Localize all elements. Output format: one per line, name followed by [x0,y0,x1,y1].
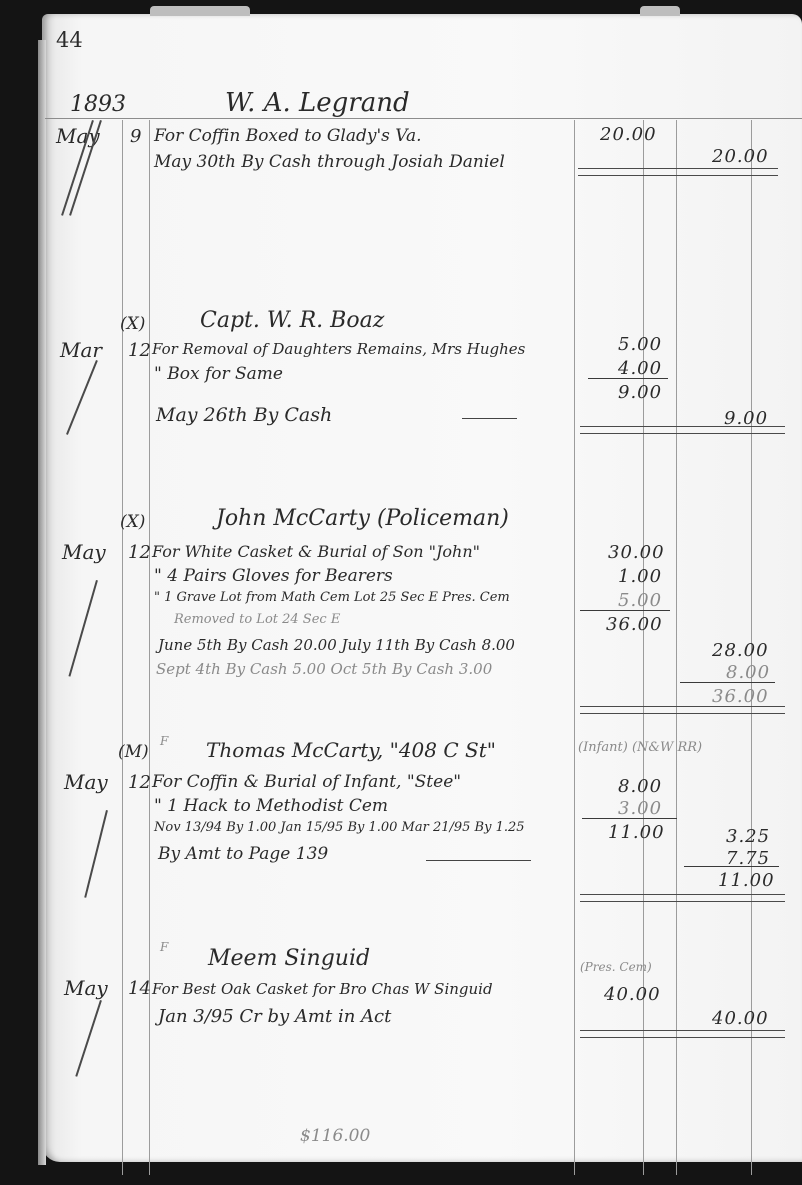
entry-month: May [62,540,106,564]
entry-line: June 5th By Cash 20.00 July 11th By Cash… [158,636,515,654]
debit-amount: 5.00 [618,334,662,355]
check-mark: F [160,940,168,954]
debit-amount: 40.00 [604,984,661,1005]
rule-debit-credit [676,120,677,1175]
entry-line: Jan 3/95 Cr by Amt in Act [158,1006,391,1027]
entry-line: Nov 13/94 By 1.00 Jan 15/95 By 1.00 Mar … [154,820,525,835]
closing-double-rule [578,168,778,176]
page-number: 44 [56,28,83,52]
entry-day: 12 [128,542,151,563]
fill-dash [426,860,531,861]
entry-line: " 1 Hack to Methodist Cem [154,796,388,816]
sum-line [580,610,670,611]
entry-line: For Coffin & Burial of Infant, "Stee" [152,772,461,792]
entry-note: (Infant) (N&W RR) [578,740,702,755]
entry-day: 14 [128,978,151,999]
debit-total: 36.00 [606,614,663,635]
sum-line [680,682,775,683]
debit-total: 11.00 [608,822,665,843]
entry-day: 9 [130,126,141,147]
debit-amount: 20.00 [600,124,657,145]
account-name: Thomas McCarty, "408 C St" [206,738,496,762]
entry-month: May [64,976,108,1000]
debit-amount: 8.00 [618,776,662,797]
year: 1893 [70,92,126,117]
credit-amount: 40.00 [712,1008,769,1029]
entry-line: Sept 4th By Cash 5.00 Oct 5th By Cash 3.… [156,660,492,678]
check-mark: F [160,734,168,748]
sum-line [588,378,668,379]
rule-month-day [122,120,123,1175]
debit-amount: 5.00 [618,590,662,611]
entry-line: " 4 Pairs Gloves for Bearers [154,566,393,586]
entry-mark: (X) [120,512,145,532]
entry-month: May [64,770,108,794]
entry-line: For Best Oak Casket for Bro Chas W Singu… [152,980,493,998]
page-edge [38,40,46,1165]
closing-double-rule [580,426,785,434]
entry-line: " Box for Same [154,364,283,384]
page-tab [150,6,250,16]
debit-amount: 1.00 [618,566,662,587]
page-total: $116.00 [300,1126,370,1146]
rule-day-desc [149,120,150,1175]
credit-amount: 8.00 [726,662,770,683]
entry-mark: (X) [120,314,145,334]
rule-debit-cents [643,120,644,1175]
closing-double-rule [580,1030,785,1038]
entry-month: Mar [60,338,102,362]
account-name: Capt. W. R. Boaz [200,308,384,333]
entry-line: May 26th By Cash [156,404,332,426]
entry-mark: (M) [118,742,149,762]
sum-line [582,818,677,819]
debit-amount: 3.00 [618,798,662,819]
entry-note: Removed to Lot 24 Sec E [174,612,340,627]
entry-line: For White Casket & Burial of Son "John" [152,542,480,561]
entry-line: May 30th By Cash through Josiah Daniel [154,152,505,172]
page-tab [640,6,680,16]
credit-amount: 28.00 [712,640,769,661]
debit-amount: 4.00 [618,358,662,379]
entry-day: 12 [128,772,151,793]
closing-double-rule [580,706,785,714]
credit-amount: 20.00 [712,146,769,167]
debit-total: 9.00 [618,382,662,403]
debit-amount: 30.00 [608,542,665,563]
account-name: W. A. Legrand [225,88,410,118]
rule-desc-debit [574,120,575,1175]
credit-total: 36.00 [712,686,769,707]
entry-line: " 1 Grave Lot from Math Cem Lot 25 Sec E… [154,590,510,605]
entry-line: For Removal of Daughters Remains, Mrs Hu… [152,340,525,358]
sum-line [684,866,779,867]
credit-amount: 3.25 [726,826,770,847]
closing-double-rule [580,894,785,902]
entry-note: (Pres. Cem) [580,960,652,974]
account-name: Meem Singuid [208,946,370,971]
entry-line: For Coffin Boxed to Glady's Va. [154,126,422,146]
credit-total: 11.00 [718,870,775,891]
header-rule [45,118,802,119]
entry-day: 12 [128,340,151,361]
account-name: John McCarty (Policeman) [216,506,509,531]
entry-line: By Amt to Page 139 [158,844,328,864]
fill-dash [462,418,517,419]
